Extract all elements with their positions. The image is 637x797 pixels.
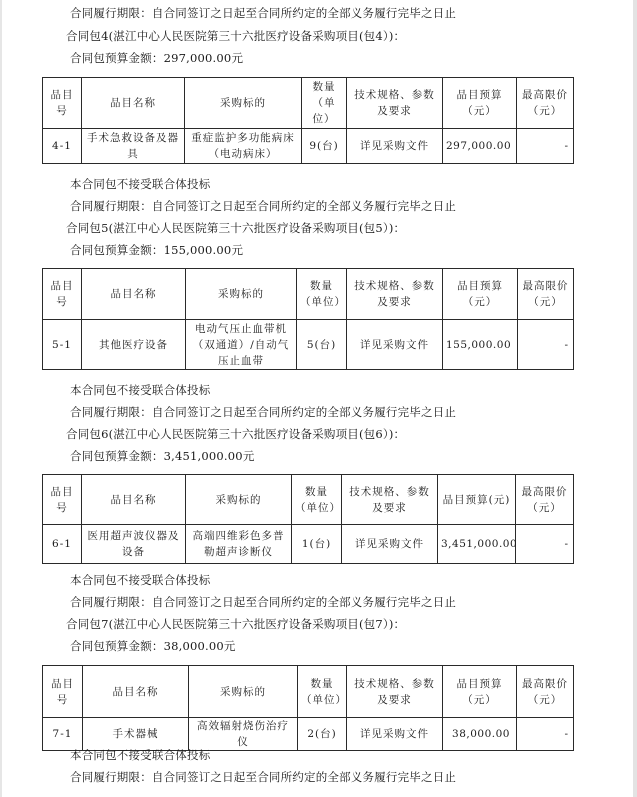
cell-budget: 3,451,000.00 <box>438 525 516 564</box>
package-7-period: 合同履行期限：自合同签订之日起至合同所约定的全部义务履行完毕之日止 <box>70 770 456 784</box>
package-7-table: 品目号 品目名称 采购标的 数量（单位） 技术规格、参数及要求 品目预算（元） … <box>42 665 574 751</box>
header-spec: 技术规格、参数及要求 <box>342 475 438 525</box>
contract-period-text: 合同履行期限：自合同签订之日起至合同所约定的全部义务履行完毕之日止 <box>70 6 456 20</box>
package-6-period: 合同履行期限：自合同签订之日起至合同所约定的全部义务履行完毕之日止 <box>70 595 456 609</box>
table-row: 5-1 其他医疗设备 电动气压止血带机（双通道）/自动气压止血带 5(台) 详见… <box>43 320 574 370</box>
cell-item-no: 5-1 <box>43 320 82 370</box>
table-header-row: 品目号 品目名称 采购标的 数量（单位） 技术规格、参数及要求 品目预算（元） … <box>43 269 574 320</box>
cell-spec: 详见采购文件 <box>342 525 438 564</box>
header-spec: 技术规格、参数及要求 <box>347 269 443 320</box>
cell-spec: 详见采购文件 <box>347 320 443 370</box>
cell-item-name: 手术器械 <box>83 718 189 751</box>
header-qty: 数量（单位） <box>298 666 347 718</box>
header-item-name: 品目名称 <box>83 666 189 718</box>
package-7-title: 合同包7(湛江中心人民医院第三十六批医疗设备采购项目(包7）)： <box>66 617 405 631</box>
header-budget: 品目预算（元） <box>443 666 517 718</box>
header-budget: 品目预算(元) <box>438 475 516 525</box>
package-5-title: 合同包5(湛江中心人民医院第三十六批医疗设备采购项目(包5）)： <box>66 221 405 235</box>
header-budget: 品目预算（元） <box>443 269 518 320</box>
package-4-consortium: 本合同包不接受联合体投标 <box>70 177 210 191</box>
cell-budget: 297,000.00 <box>443 129 517 164</box>
header-target: 采购标的 <box>186 475 292 525</box>
cell-qty: 9(台) <box>302 129 347 164</box>
page-left-edge <box>0 0 2 797</box>
cell-max-price: - <box>516 525 574 564</box>
package-6-title: 合同包6(湛江中心人民医院第三十六批医疗设备采购项目(包6）)： <box>66 427 405 441</box>
package-5-budget: 合同包预算金额：155,000.00元 <box>70 243 243 257</box>
cell-budget: 38,000.00 <box>443 718 517 751</box>
header-target: 采购标的 <box>185 78 302 129</box>
header-item-name: 品目名称 <box>82 269 186 320</box>
package-4-table: 品目号 品目名称 采购标的 数量（单位） 技术规格、参数及要求 品目预算（元） … <box>42 77 574 164</box>
header-item-name: 品目名称 <box>82 78 185 129</box>
cell-target: 重症监护多功能病床（电动病床） <box>185 129 302 164</box>
cell-item-name: 其他医疗设备 <box>82 320 186 370</box>
cell-item-name: 医用超声波仪器及设备 <box>82 525 186 564</box>
table-header-row: 品目号 品目名称 采购标的 数量（单位） 技术规格、参数及要求 品目预算(元) … <box>43 475 574 525</box>
cell-qty: 5(台) <box>297 320 347 370</box>
cell-spec: 详见采购文件 <box>347 718 443 751</box>
header-target: 采购标的 <box>189 666 298 718</box>
header-item-no: 品目号 <box>43 269 82 320</box>
cell-item-no: 6-1 <box>43 525 82 564</box>
table-row: 6-1 医用超声波仪器及设备 高端四维彩色多普勒超声诊断仪 1(台) 详见采购文… <box>43 525 574 564</box>
package-7-budget: 合同包预算金额：38,000.00元 <box>70 639 236 653</box>
cell-target: 电动气压止血带机（双通道）/自动气压止血带 <box>186 320 297 370</box>
cell-max-price: - <box>517 718 574 751</box>
header-target: 采购标的 <box>186 269 297 320</box>
table-row: 7-1 手术器械 高效辐射烧伤治疗仪 2(台) 详见采购文件 38,000.00… <box>43 718 574 751</box>
table-row: 4-1 手术急救设备及器具 重症监护多功能病床（电动病床） 9(台) 详见采购文… <box>43 129 574 164</box>
package-7-consortium: 本合同包不接受联合体投标 <box>70 748 210 762</box>
header-qty: 数量（单位） <box>297 269 347 320</box>
package-4-budget: 合同包预算金额：297,000.00元 <box>70 51 243 65</box>
package-6-budget: 合同包预算金额：3,451,000.00元 <box>70 449 255 463</box>
header-qty: 数量（单位） <box>292 475 342 525</box>
scrollbar-track[interactable] <box>633 0 637 797</box>
package-4-period: 合同履行期限：自合同签订之日起至合同所约定的全部义务履行完毕之日止 <box>70 199 456 213</box>
package-5-period: 合同履行期限：自合同签订之日起至合同所约定的全部义务履行完毕之日止 <box>70 405 456 419</box>
header-max-price: 最高限价（元） <box>516 475 574 525</box>
header-max-price: 最高限价（元） <box>518 269 574 320</box>
cell-spec: 详见采购文件 <box>347 129 443 164</box>
cell-item-no: 4-1 <box>43 129 82 164</box>
header-budget: 品目预算（元） <box>443 78 517 129</box>
table-header-row: 品目号 品目名称 采购标的 数量（单位） 技术规格、参数及要求 品目预算（元） … <box>43 666 574 718</box>
header-spec: 技术规格、参数及要求 <box>347 78 443 129</box>
table-header-row: 品目号 品目名称 采购标的 数量（单位） 技术规格、参数及要求 品目预算（元） … <box>43 78 574 129</box>
cell-max-price: - <box>517 129 574 164</box>
cell-qty: 1(台) <box>292 525 342 564</box>
cell-item-no: 7-1 <box>43 718 83 751</box>
cell-item-name: 手术急救设备及器具 <box>82 129 185 164</box>
cell-qty: 2(台) <box>298 718 347 751</box>
cell-target: 高端四维彩色多普勒超声诊断仪 <box>186 525 292 564</box>
package-4-title: 合同包4(湛江中心人民医院第三十六批医疗设备采购项目(包4）)： <box>66 29 405 43</box>
header-item-name: 品目名称 <box>82 475 186 525</box>
cell-budget: 155,000.00 <box>443 320 518 370</box>
header-spec: 技术规格、参数及要求 <box>347 666 443 718</box>
header-item-no: 品目号 <box>43 666 83 718</box>
header-item-no: 品目号 <box>43 78 82 129</box>
package-5-table: 品目号 品目名称 采购标的 数量（单位） 技术规格、参数及要求 品目预算（元） … <box>42 268 574 370</box>
package-6-consortium: 本合同包不接受联合体投标 <box>70 573 210 587</box>
package-5-consortium: 本合同包不接受联合体投标 <box>70 383 210 397</box>
cell-max-price: - <box>518 320 574 370</box>
header-max-price: 最高限价（元） <box>517 666 574 718</box>
cell-target: 高效辐射烧伤治疗仪 <box>189 718 298 751</box>
header-item-no: 品目号 <box>43 475 82 525</box>
header-qty: 数量（单位） <box>302 78 347 129</box>
package-6-table: 品目号 品目名称 采购标的 数量（单位） 技术规格、参数及要求 品目预算(元) … <box>42 474 574 564</box>
header-max-price: 最高限价（元） <box>517 78 574 129</box>
